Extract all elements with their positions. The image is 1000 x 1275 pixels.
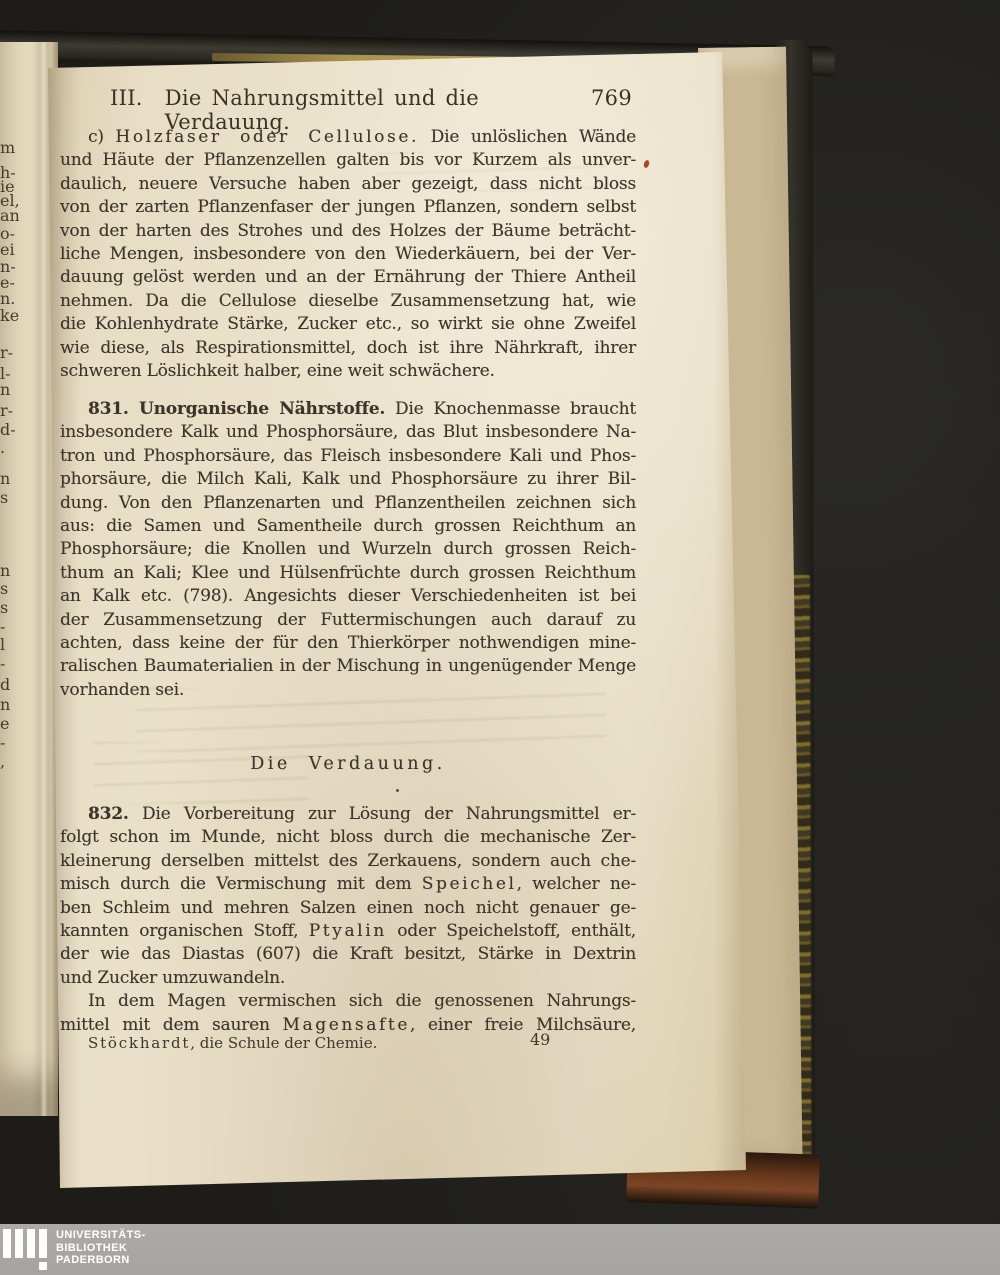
text-line: der wie das Diastas (607) die Kraft besi… — [60, 943, 636, 966]
text-line: tron und Phosphorsäure, das Fleisch insb… — [60, 445, 636, 468]
paragraph: 832. Die Vorbereitung zur Lösung der Nah… — [60, 803, 636, 1037]
text-run: insbesondere Kalk und Phosphorsäure, das… — [60, 422, 636, 442]
text-run: schweren Löslichkeit halber, eine weit s… — [60, 361, 495, 381]
facing-page-fragment: - — [0, 654, 19, 674]
text-run: achten, dass keine der für den Thierkörp… — [60, 633, 636, 653]
text-line: schweren Löslichkeit halber, eine weit s… — [60, 360, 636, 383]
page-number: 769 — [591, 86, 632, 110]
text-line: liche Mengen, insbesondere von den Wiede… — [60, 243, 636, 266]
text-line: thum an Kali; Klee und Hülsenfrüchte dur… — [60, 562, 636, 585]
text-run: thum an Kali; Klee und Hülsenfrüchte dur… — [60, 563, 636, 583]
facing-page-fragment: s — [0, 488, 19, 508]
text-run: daulich, neuere Versuche haben aber geze… — [60, 174, 636, 194]
text-line: an Kalk etc. (798). Angesichts dieser Ve… — [60, 585, 636, 608]
facing-page-fragment: d — [0, 675, 19, 695]
text-run: Speichel — [422, 874, 517, 894]
text-run: nehmen. Da die Cellulose dieselbe Zusamm… — [60, 291, 636, 311]
text-line: 831. Unorganische Nährstoffe. Die Knoche… — [60, 398, 636, 421]
text-run: phorsäure, die Milch Kali, Kalk und Phos… — [60, 469, 636, 489]
text-line: und Zucker umzuwandeln. — [60, 967, 636, 990]
text-run: In dem Magen vermischen sich die genosse… — [88, 991, 636, 1011]
book-signature-line: Stöckhardt, die Schule der Chemie. — [88, 1034, 377, 1052]
facing-page-fragment: n — [0, 561, 19, 581]
text-run: Die Vorbereitung zur Lösung der Nahrungs… — [129, 804, 636, 824]
text-run: und Zucker umzuwandeln. — [60, 968, 285, 988]
text-line: vorhanden sei. — [60, 679, 636, 702]
ink-dot — [396, 789, 399, 792]
text-run: oder Speichelstoff, enthält, — [387, 921, 636, 941]
library-name-line: UNIVERSITÄTS- — [56, 1229, 146, 1242]
page-footer: Stöckhardt, die Schule der Chemie. 49 — [60, 1034, 636, 1056]
text-line: kleinerung derselben mittelst des Zerkau… — [60, 850, 636, 873]
text-line: In dem Magen vermischen sich die genosse… — [60, 990, 636, 1013]
text-run: mittel mit dem sauren — [60, 1015, 283, 1035]
facing-page-fragment: s — [0, 598, 19, 618]
text-line: phorsäure, die Milch Kali, Kalk und Phos… — [60, 468, 636, 491]
text-line: der Zusammensetzung der Futtermischungen… — [60, 609, 636, 632]
text-run: Die Knochenmasse braucht — [385, 399, 636, 419]
text-line: misch durch die Vermischung mit dem Spei… — [60, 873, 636, 896]
scanned-book-photo: mh-ieel,ano-ein-e-n.ker-l-nr-d-.nsnss-l-… — [0, 0, 1000, 1275]
text-run: c) — [88, 127, 115, 147]
section-heading: Die Verdauung. — [60, 754, 636, 774]
paragraph: 831. Unorganische Nährstoffe. Die Knoche… — [60, 398, 636, 702]
author-name: Stöckhardt — [88, 1034, 190, 1052]
text-line: 832. Die Vorbereitung zur Lösung der Nah… — [60, 803, 636, 826]
text-line: die Kohlenhydrate Stärke, Zucker etc., s… — [60, 313, 636, 336]
facing-page-fragment: r- — [0, 343, 19, 363]
library-logo-icon — [3, 1228, 55, 1274]
library-name-line: PADERBORN — [56, 1254, 146, 1267]
facing-page-fragment: - — [0, 733, 19, 753]
text-run: Phosphorsäure; die Knollen und Wurzeln d… — [60, 539, 636, 559]
facing-page-fragment: m — [0, 138, 19, 158]
text-run: kannten organischen Stoff, — [60, 921, 309, 941]
text-run: 832. — [88, 804, 129, 824]
facing-page-fragment: r- — [0, 401, 19, 421]
facing-page-fragment: l — [0, 635, 19, 655]
text-run: 831. Unorganische Nährstoffe. — [88, 399, 385, 419]
text-line: aus: die Samen und Samentheile durch gro… — [60, 515, 636, 538]
text-line: von der zarten Pflanzenfaser der jungen … — [60, 196, 636, 219]
chapter-number: III. — [110, 86, 143, 110]
text-line: insbesondere Kalk und Phosphorsäure, das… — [60, 421, 636, 444]
library-watermark-bar: UNIVERSITÄTS- BIBLIOTHEK PADERBORN — [0, 1224, 1000, 1275]
facing-page-fragment: n — [0, 380, 19, 400]
text-line: dauung gelöst werden und an der Ernährun… — [60, 266, 636, 289]
text-run: und Häute der Pflanzenzellen galten bis … — [60, 150, 636, 170]
text-line: dung. Von den Pflanzenarten und Pflanzen… — [60, 492, 636, 515]
text-line: ben Schleim und mehren Salzen einen noch… — [60, 897, 636, 920]
text-run: liche Mengen, insbesondere von den Wiede… — [60, 244, 636, 264]
text-run: dauung gelöst werden und an der Ernährun… — [60, 267, 636, 287]
text-run: die Kohlenhydrate Stärke, Zucker etc., s… — [60, 314, 636, 334]
library-name-line: BIBLIOTHEK — [56, 1242, 146, 1255]
text-run: , welcher ne- — [517, 874, 636, 894]
text-line: Phosphorsäure; die Knollen und Wurzeln d… — [60, 538, 636, 561]
book-title-short: , die Schule der Chemie. — [190, 1034, 377, 1052]
sheet-number: 49 — [530, 1030, 550, 1049]
text-line: ralischen Baumaterialien in der Mischung… — [60, 655, 636, 678]
text-line: wie diese, als Respirationsmittel, doch … — [60, 337, 636, 360]
text-run: wie diese, als Respirationsmittel, doch … — [60, 338, 636, 358]
text-run: dung. Von den Pflanzenarten und Pflanzen… — [60, 493, 636, 513]
text-run: ben Schleim und mehren Salzen einen noch… — [60, 898, 636, 918]
text-run: folgt schon im Munde, nicht bloss durch … — [60, 827, 636, 847]
facing-page-fragment: s — [0, 579, 19, 599]
text-run: tron und Phosphorsäure, das Fleisch insb… — [60, 446, 636, 466]
facing-page-fragment: - — [0, 617, 19, 637]
text-run: Die unlöslichen Wände — [419, 127, 636, 147]
text-line: kannten organischen Stoff, Ptyalin oder … — [60, 920, 636, 943]
text-line: folgt schon im Munde, nicht bloss durch … — [60, 826, 636, 849]
text-run: an Kalk etc. (798). Angesichts dieser Ve… — [60, 586, 636, 606]
text-run: der Zusammensetzung der Futtermischungen… — [60, 610, 636, 630]
library-name: UNIVERSITÄTS- BIBLIOTHEK PADERBORN — [56, 1229, 146, 1267]
text-line: nehmen. Da die Cellulose dieselbe Zusamm… — [60, 290, 636, 313]
text-line: daulich, neuere Versuche haben aber geze… — [60, 173, 636, 196]
text-run: der wie das Diastas (607) die Kraft besi… — [60, 944, 636, 964]
paragraph: c) Holzfaser oder Cellulose. Die unlösli… — [60, 126, 636, 383]
running-head: III. Die Nahrungsmittel und die Verdauun… — [60, 86, 636, 114]
text-line: und Häute der Pflanzenzellen galten bis … — [60, 149, 636, 172]
text-run: Magensafte — [283, 1015, 410, 1035]
text-line: von der harten des Strohes und des Holze… — [60, 220, 636, 243]
facing-page-fragment: . — [0, 438, 19, 458]
facing-page-fragment: an — [0, 206, 19, 226]
text-run: vorhanden sei. — [60, 680, 184, 700]
facing-page-fragment: , — [0, 752, 19, 772]
text-line: c) Holzfaser oder Cellulose. Die unlösli… — [60, 126, 636, 149]
facing-page-fragment: d- — [0, 420, 19, 440]
text-run: Holzfaser oder Cellulose. — [115, 127, 419, 147]
text-run: , einer freie Milchsäure, — [410, 1015, 636, 1035]
text-run: misch durch die Vermischung mit dem — [60, 874, 422, 894]
facing-page-fragment: n — [0, 469, 19, 489]
text-run: ralischen Baumaterialien in der Mischung… — [60, 656, 636, 676]
facing-page-fragment: n — [0, 695, 19, 715]
facing-page-fragment: e — [0, 714, 19, 734]
text-line: achten, dass keine der für den Thierkörp… — [60, 632, 636, 655]
text-run: kleinerung derselben mittelst des Zerkau… — [60, 851, 636, 871]
text-run: Ptyalin — [309, 921, 387, 941]
book-page: III. Die Nahrungsmittel und die Verdauun… — [46, 52, 748, 1192]
text-run: von der zarten Pflanzenfaser der jungen … — [60, 197, 636, 217]
facing-page-fragment: ke — [0, 306, 19, 326]
text-run: von der harten des Strohes und des Holze… — [60, 221, 636, 241]
page-fold-highlight — [40, 42, 48, 1116]
text-run: aus: die Samen und Samentheile durch gro… — [60, 516, 636, 536]
